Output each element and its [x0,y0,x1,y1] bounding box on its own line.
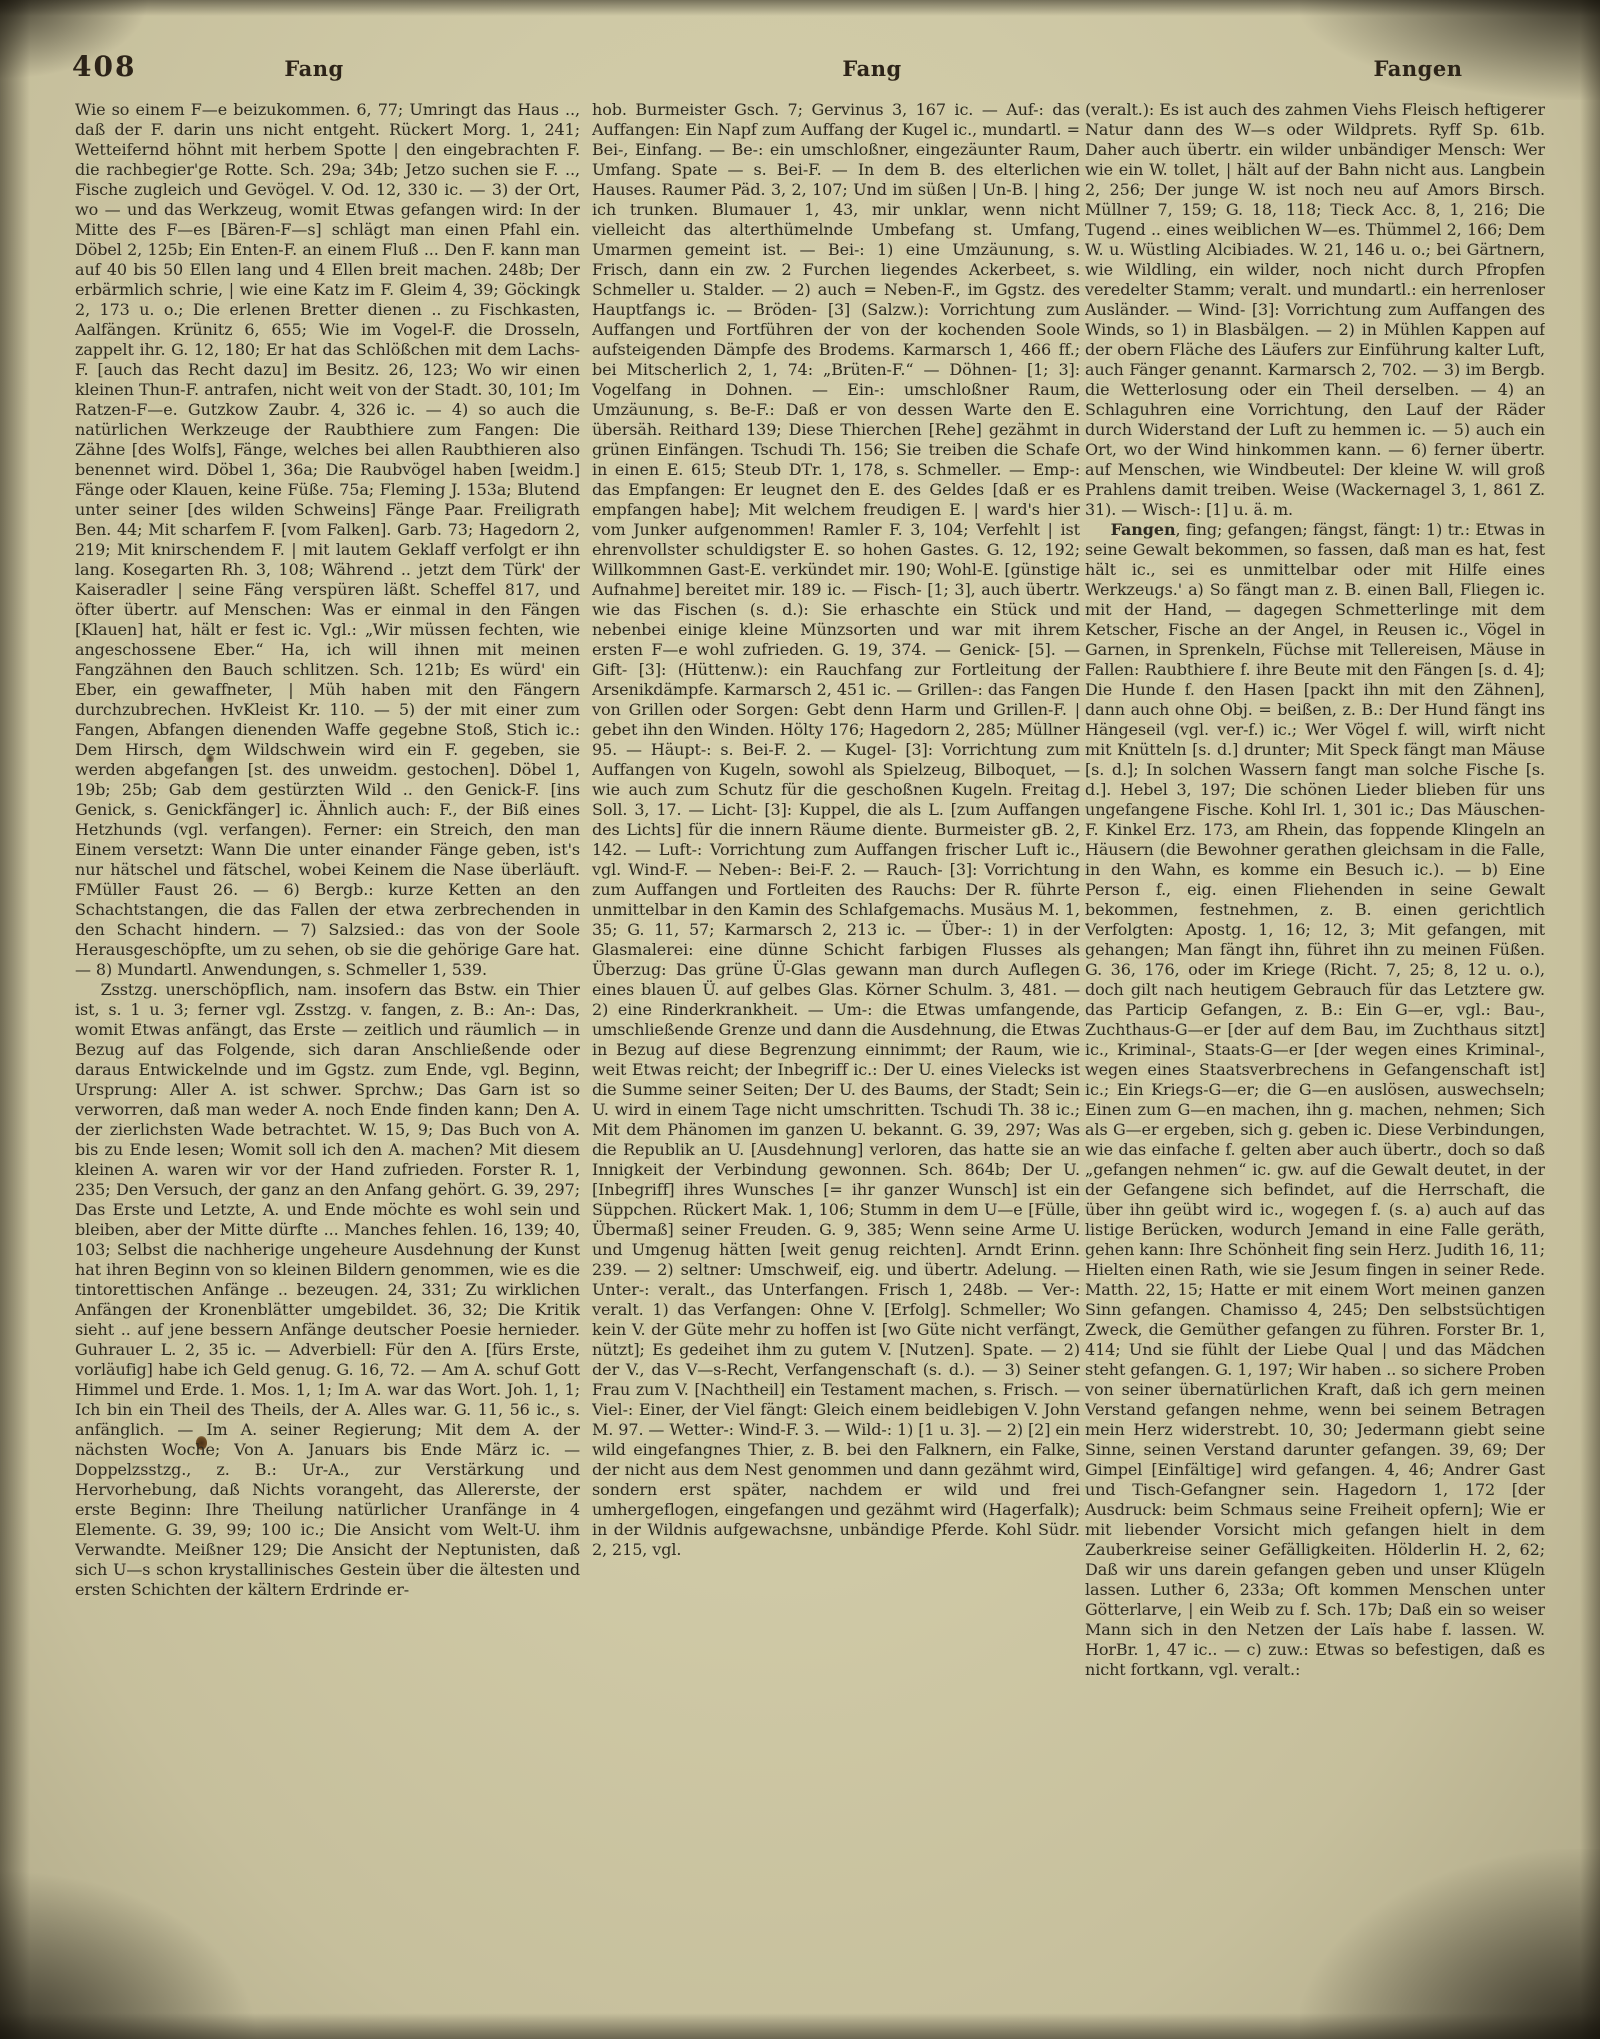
scan-shadow-left [0,0,30,2039]
paragraph: hob. Burmeister Gsch. 7; Gervinus 3, 167… [592,100,1080,1560]
text-column-2: hob. Burmeister Gsch. 7; Gervinus 3, 167… [592,100,1080,1920]
running-head-column-1: Fang [284,56,343,81]
running-head-column-2: Fang [842,56,901,81]
paragraph: Zsstzg. unerschöpflich, nam. insofern da… [75,980,580,1600]
scan-shadow-top-right-corner [1300,0,1600,100]
scan-shadow-right [1580,0,1600,2039]
paragraph: Wie so einem F—e beizukommen. 6, 77; Umr… [75,100,580,980]
paragraph: Fangen, fing; gefangen; fängst, fängt: 1… [1085,520,1545,1680]
dictionary-page: 408 Fang Fang Fangen Wie so einem F—e be… [0,0,1600,2039]
scan-shadow-bottom [0,2013,1600,2039]
scan-shadow-top [0,0,1600,16]
running-head-column-3: Fangen [1374,56,1463,81]
page-number: 408 [72,50,136,83]
text-column-1: Wie so einem F—e beizukommen. 6, 77; Umr… [75,100,580,1912]
paragraph: (veralt.): Es ist auch des zahmen Viehs … [1085,100,1545,520]
text-column-3: (veralt.): Es ist auch des zahmen Viehs … [1085,100,1545,1925]
entry-headword: Fangen [1111,520,1176,539]
